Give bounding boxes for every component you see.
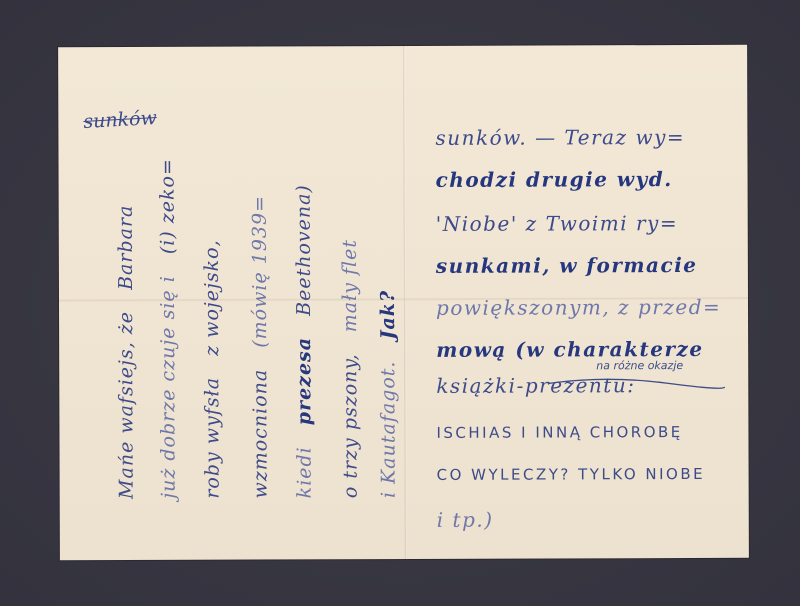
left-column-text: Beethovena) (293, 184, 315, 316)
left-column-text: o trzy pszony, (339, 353, 362, 498)
letter-line-5: powiększonym, z przed= (436, 295, 721, 320)
left-column-4: wzmocniona (mówię 1939= (249, 181, 272, 499)
left-column-text: (mówię 1939= (249, 195, 272, 348)
letter-line-3: 'Niobe' z Twoimi ry= (436, 211, 678, 236)
left-column-text: (i) zeko= (156, 158, 178, 254)
letter-line-4: sunkami, w formacie (436, 253, 698, 278)
left-column-text: z wojejsko, (201, 239, 223, 356)
left-column-text: prezesa (293, 337, 315, 425)
letter-line-10: i tp.) (437, 508, 494, 532)
left-column-text: Jak? (377, 290, 399, 340)
margin-annotation: na różne okazje (596, 359, 683, 372)
left-column-text: Barbara (115, 205, 137, 290)
left-column-text: wzmocniona (249, 369, 271, 499)
left-column-5: kiedi prezesa Beethovena) (293, 170, 316, 498)
left-page: sunków Mańe wafsiejs, że Barbara już dob… (58, 46, 405, 560)
left-column-text: i Kautafagot. (377, 361, 399, 499)
letter-line-8: ISCHIAS I INNĄ CHOROBĘ (436, 423, 682, 442)
letter-sheet: sunków Mańe wafsiejs, że Barbara już dob… (58, 45, 749, 560)
letter-line-2: chodzi drugie wyd. (436, 167, 673, 192)
left-column-text: już dobrze czuje się i (157, 275, 180, 499)
left-column-text: mały flet (339, 239, 361, 332)
struck-heading: sunków (83, 107, 158, 133)
left-column-6: o trzy pszony, mały flet (339, 225, 362, 498)
left-column-text: roby wyfsła (201, 377, 223, 499)
letter-line-1: sunków. — Teraz wy= (435, 125, 685, 150)
left-column-7: i Kautafagot. Jak? (377, 276, 400, 498)
left-column-text: Mańe wafsiejs, że (115, 311, 138, 499)
left-column-2: już dobrze czuje się i (i) zeko= (156, 144, 179, 499)
letter-line-9: CO WYLECZY? TYLKO NIOBE (437, 465, 706, 484)
right-page: sunków. — Teraz wy= chodzi drugie wyd. '… (405, 45, 749, 559)
left-column-text: kiedi (294, 446, 316, 498)
letter-line-7: książki-prezentu: (436, 373, 635, 398)
left-column-3: roby wyfsła z wojejsko, (201, 225, 224, 498)
left-column-1: Mańe wafsiejs, że Barbara (115, 191, 138, 499)
